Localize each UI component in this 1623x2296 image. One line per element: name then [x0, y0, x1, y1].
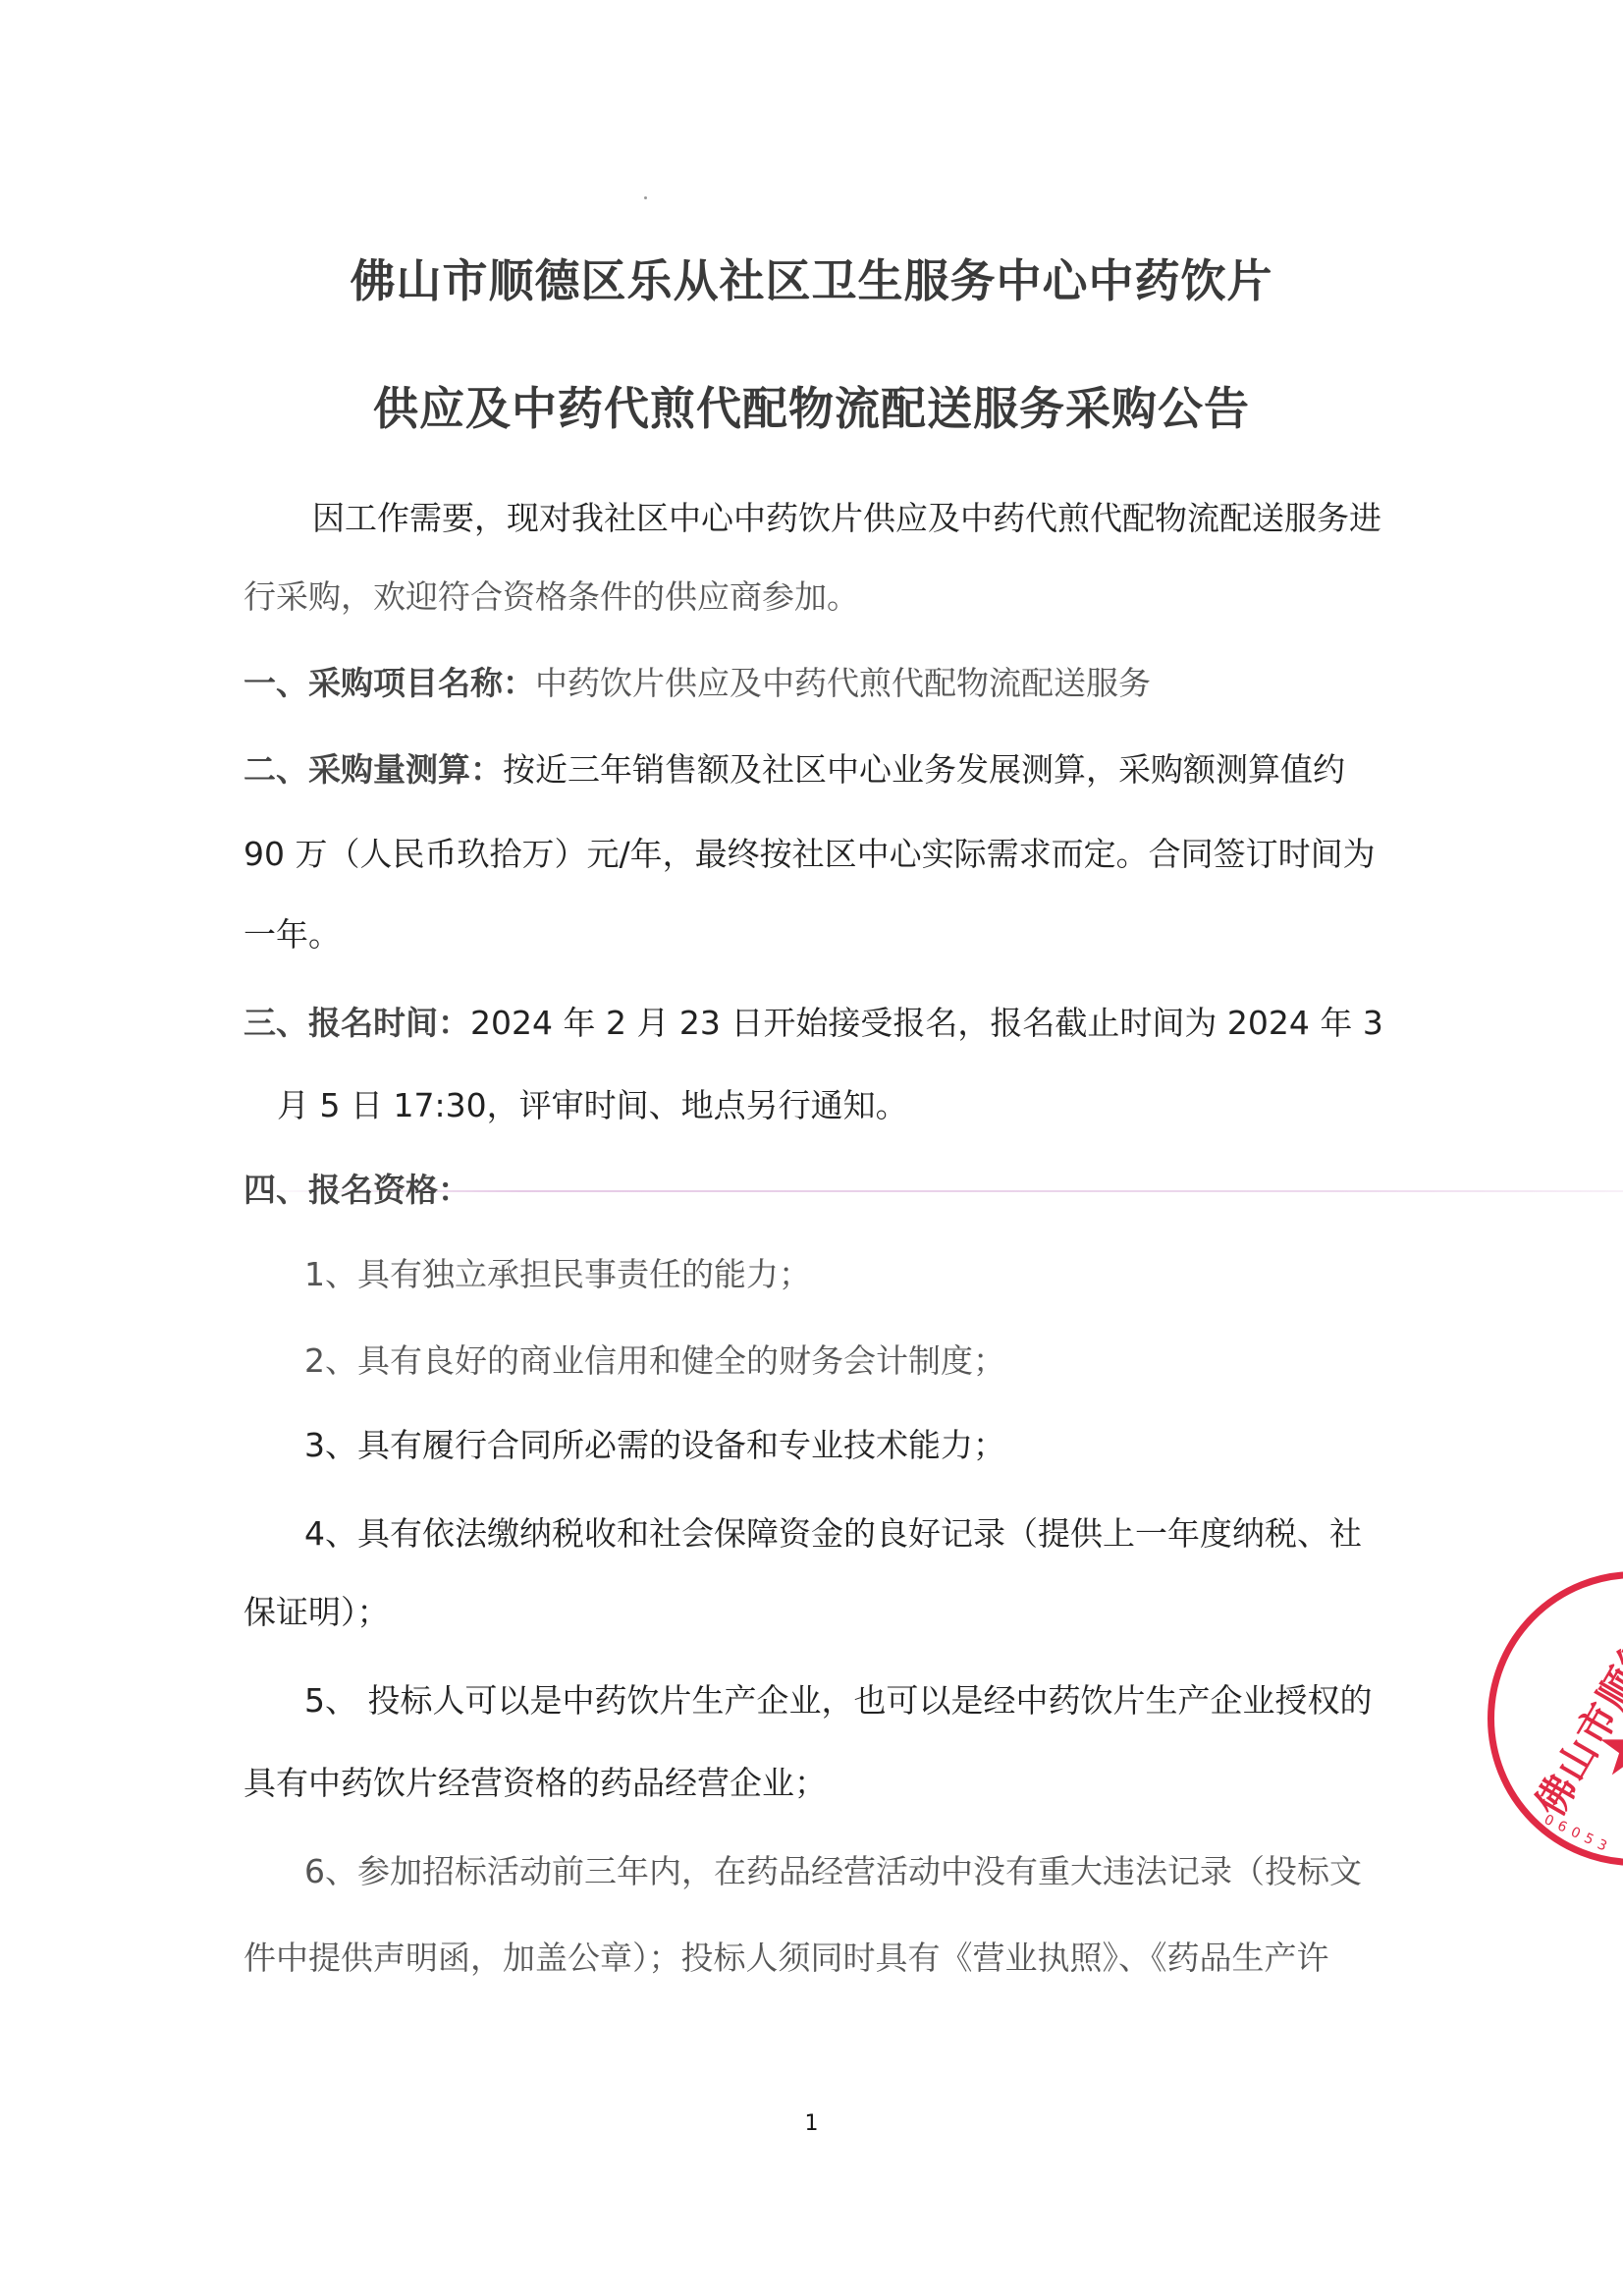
document-title-line-1: 佛山市顺德区乐从社区卫生服务中心中药饮片	[0, 246, 1623, 310]
section-heading: 二、采购量测算：	[243, 750, 503, 789]
section-procurement-estimate: 二、采购量测算：按近三年销售额及社区中心业务发展测算，采购额测算值约	[243, 750, 1345, 790]
intro-paragraph-line-1: 因工作需要，现对我社区中心中药饮片供应及中药代煎代配物流配送服务进	[312, 499, 1381, 538]
section-project-name: 一、采购项目名称：中药饮片供应及中药代煎代配物流配送服务	[243, 664, 1151, 703]
section-heading: 一、采购项目名称：	[243, 664, 535, 702]
intro-paragraph-line-2: 行采购，欢迎符合资格条件的供应商参加。	[243, 577, 859, 617]
qualification-item-4-cont: 保证明）；	[243, 1593, 390, 1632]
section-text-line: 一年。	[243, 915, 341, 955]
section-text: 2024 年 2 月 23 日开始接受报名，报名截止时间为 2024 年 3	[470, 1004, 1383, 1042]
scan-speck	[644, 196, 647, 199]
section-text: 按近三年销售额及社区中心业务发展测算，采购额测算值约	[503, 750, 1345, 789]
qualification-item-6-cont: 件中提供声明函，加盖公章）；投标人须同时具有《营业执照》、《药品生产许	[243, 1939, 1329, 1978]
document-title-line-2: 供应及中药代煎代配物流配送服务采购公告	[0, 373, 1623, 438]
qualification-item-2: 2、具有良好的商业信用和健全的财务会计制度；	[304, 1341, 1005, 1381]
qualification-item-3: 3、具有履行合同所必需的设备和专业技术能力；	[304, 1426, 1005, 1465]
section-heading: 三、报名时间：	[243, 1004, 470, 1042]
section-text: 中药饮片供应及中药代煎代配物流配送服务	[535, 664, 1151, 702]
qualification-item-5-cont: 具有中药饮片经营资格的药品经营企业；	[243, 1764, 827, 1803]
qualification-item-4: 4、具有依法缴纳税收和社会保障资金的良好记录（提供上一年度纳税、社	[304, 1514, 1362, 1554]
qualification-item-5: 5、 投标人可以是中药饮片生产企业，也可以是经中药饮片生产企业授权的	[304, 1681, 1373, 1721]
document-page: 佛山市顺德区乐从社区卫生服务中心中药饮片 供应及中药代煎代配物流配送服务采购公告…	[0, 0, 1623, 2296]
seal-star-icon: ★	[1596, 1709, 1623, 1787]
section-qualifications-heading: 四、报名资格：	[243, 1171, 470, 1210]
qualification-item-1: 1、具有独立承担民事责任的能力；	[304, 1255, 811, 1294]
section-registration-time: 三、报名时间：2024 年 2 月 23 日开始接受报名，报名截止时间为 202…	[243, 1004, 1383, 1043]
section-text-line: 月 5 日 17:30，评审时间、地点另行通知。	[277, 1086, 908, 1125]
qualification-item-6: 6、参加招标活动前三年内，在药品经营活动中没有重大违法记录（投标文	[304, 1852, 1362, 1891]
page-number: 1	[0, 2111, 1623, 2136]
section-text-line: 90 万（人民币玖拾万）元/年，最终按社区中心实际需求而定。合同签订时间为	[243, 835, 1376, 874]
